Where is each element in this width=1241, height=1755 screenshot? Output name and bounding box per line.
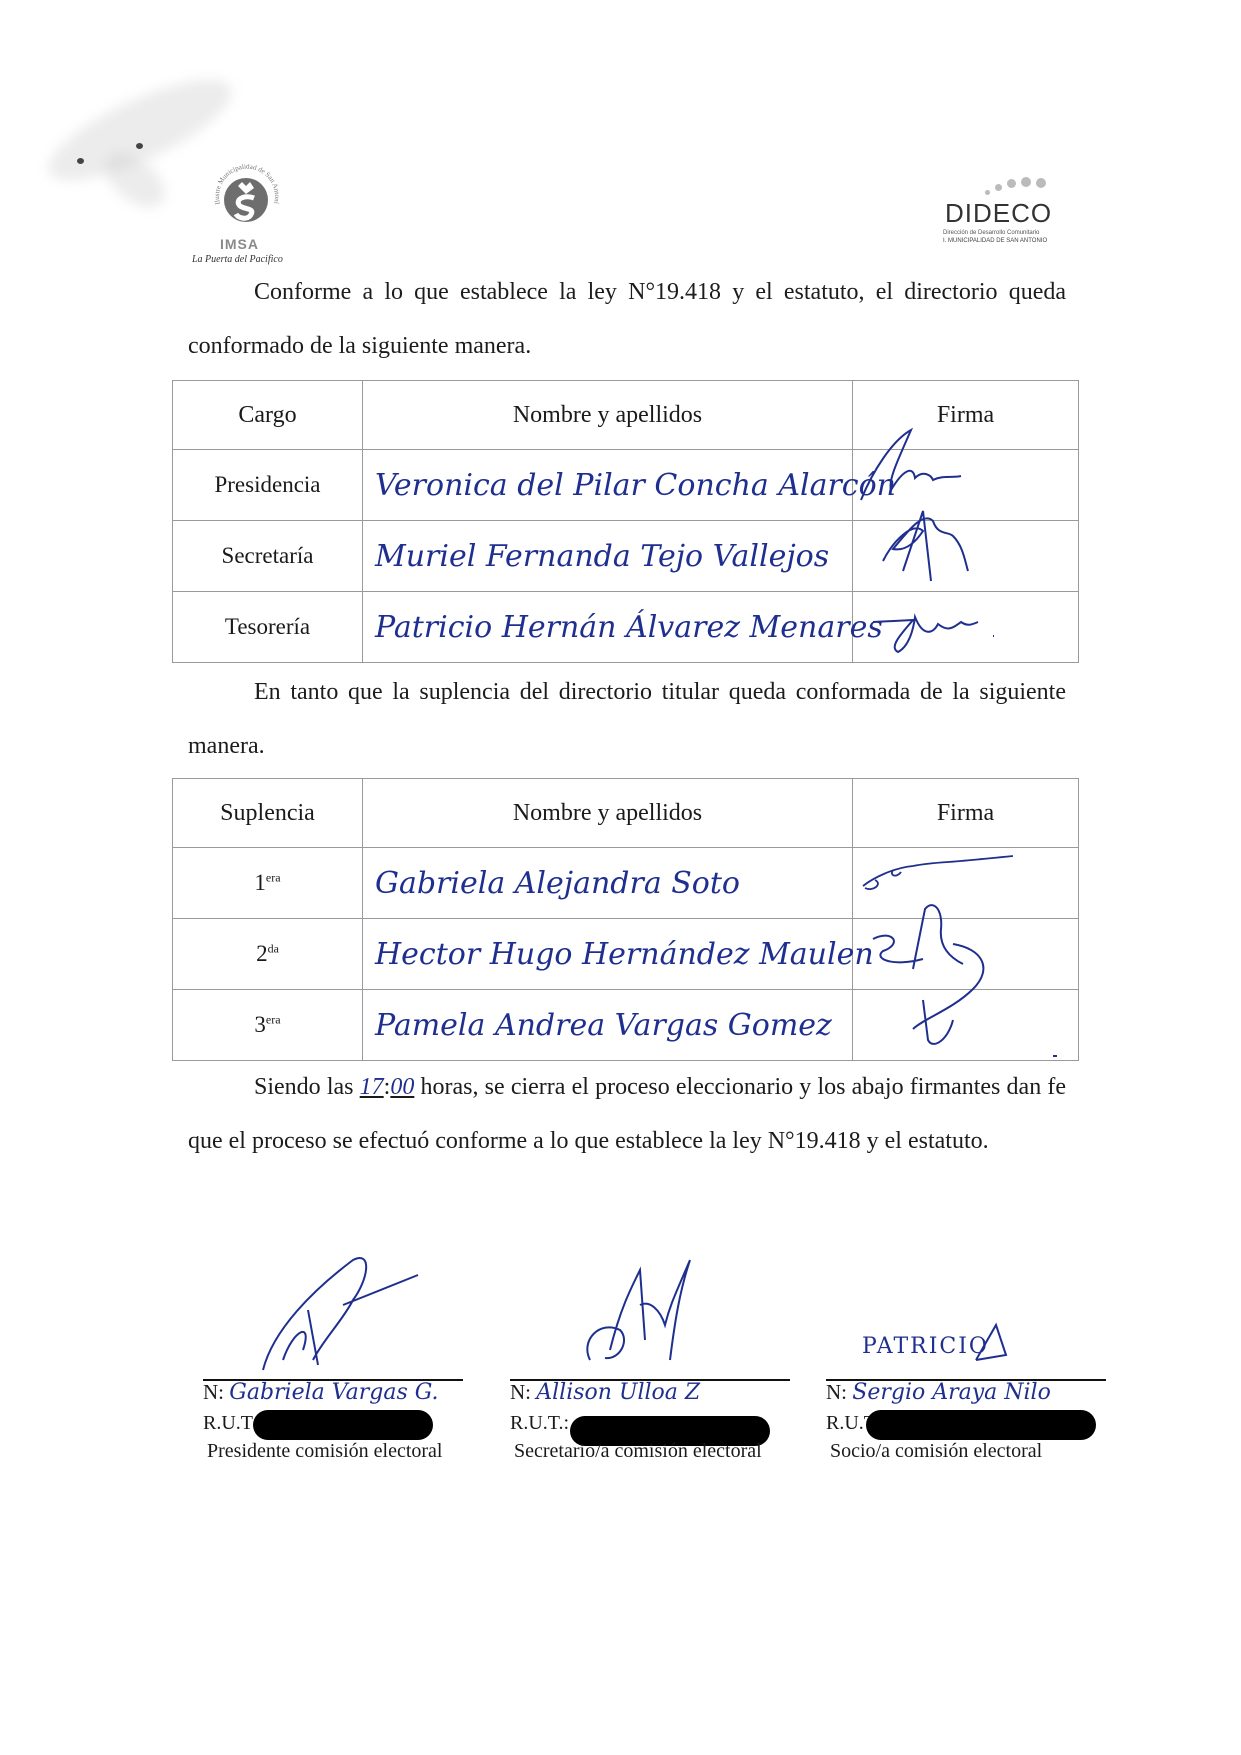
handwritten-signature [853,889,1079,969]
rut-label: R.U.T.: [510,1412,569,1435]
handwritten-signature [853,960,1079,1040]
handwritten-signature [243,1250,503,1370]
redacted-rut [253,1410,433,1440]
handwritten-signature [853,818,1079,898]
dideco-bubble [1007,179,1016,188]
dideco-subtitle: Dirección de Desarrollo Comunitario [943,230,1039,236]
cargo-cell: Secretaría [173,521,363,592]
intro-paragraph: Conforme a lo que establece la ley N°19.… [188,265,1066,373]
signatory-name: N: Allison Ulloa Z [510,1380,700,1405]
suplencia-order-cell: 2da [173,919,363,990]
nombre-cell: Gabriela Alejandra Soto [363,848,853,919]
dideco-name: DIDECO [945,198,1052,229]
header-suplencia: Suplencia [173,779,363,848]
scan-speck [136,143,143,149]
nombre-cell: Pamela Andrea Vargas Gomez [363,990,853,1061]
nombre-cell: Hector Hugo Hernández Maulen [363,919,853,990]
signature-cell [853,592,1079,663]
scan-speck [77,158,84,164]
dideco-bubble [985,190,990,195]
handwritten-signature [560,1250,820,1370]
suplencia-table: Suplencia Nombre y apellidos Firma 1era … [172,778,1079,1061]
suplencia-order-cell: 3era [173,990,363,1061]
imsa-emblem-icon [224,178,268,222]
imsa-logo: Ilustre Municipalidad de San Antonio IMS… [190,160,310,270]
closing-minutes: 00 [390,1074,414,1100]
directorio-table: Cargo Nombre y apellidos Firma Presidenc… [172,380,1079,663]
rut-label: R.U.T [203,1412,253,1435]
dideco-bubble [995,184,1002,191]
dideco-bubble [1021,177,1031,187]
suplencia-order-cell: 1era [173,848,363,919]
nombre-cell: Patricio Hernán Álvarez Menares [363,592,853,663]
signatory-name: N: Gabriela Vargas G. [203,1380,439,1405]
signatory-name: N: Sergio Araya Nilo [826,1380,1051,1405]
table-row: Tesorería Patricio Hernán Álvarez Menare… [173,592,1079,663]
signature-cell [853,990,1079,1061]
nombre-cell: Veronica del Pilar Concha Alarcón [363,450,853,521]
handwritten-signature-mark [976,1320,1056,1360]
header-nombre: Nombre y apellidos [363,381,853,450]
imsa-tagline: La Puerta del Pacifico [192,254,283,265]
cargo-cell: Tesorería [173,592,363,663]
cargo-cell: Presidencia [173,450,363,521]
handwritten-signature [853,420,1079,500]
signatory-role: Socio/a comisión electoral [830,1440,1042,1463]
header-cargo: Cargo [173,381,363,450]
suplencia-paragraph: En tanto que la suplencia del directorio… [188,665,1066,773]
signatory-role: Secretario/a comisión electoral [514,1440,762,1463]
handwritten-signature: PATRICIO [862,1334,989,1359]
handwritten-signature [853,562,1079,642]
redacted-rut [866,1410,1096,1440]
handwritten-signature [853,491,1079,571]
dideco-municipality: I. MUNICIPALIDAD DE SAN ANTONIO [943,238,1047,244]
signatory-role: Presidente comisión electoral [207,1440,442,1463]
dideco-logo: DIDECO Dirección de Desarrollo Comunitar… [935,176,1075,256]
nombre-cell: Muriel Fernanda Tejo Vallejos [363,521,853,592]
table-row: 3era Pamela Andrea Vargas Gomez [173,990,1079,1061]
header-nombre: Nombre y apellidos [363,779,853,848]
imsa-name: IMSA [220,236,259,252]
dideco-bubble [1036,178,1046,188]
closing-paragraph: Siendo las 17:00 horas, se cierra el pro… [188,1060,1066,1168]
closing-hour: 17 [360,1074,384,1100]
